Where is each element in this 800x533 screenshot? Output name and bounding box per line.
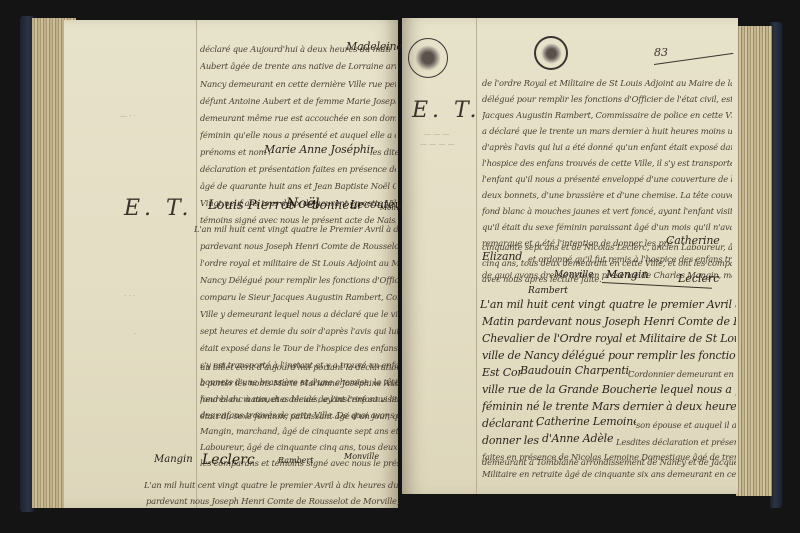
left-page-lower: un billet écrit d'aujourd'hui portant la… xyxy=(64,20,398,508)
text-line: Laboureur, âgé de cinquante cinq ans, to… xyxy=(200,440,398,454)
page-edges-right xyxy=(736,26,772,496)
open-register-book: — · · . . . · E. T. déclaré que Aujourd'… xyxy=(20,14,782,514)
text-line: Mangin, marchand, âgé de cinquante sept … xyxy=(200,424,398,438)
text-line: des enfans trouvés de cette Ville. De qu… xyxy=(200,408,398,422)
text-line: heures du matin, et a décidé de l'inscri… xyxy=(200,392,398,406)
right-page-bottom: demeurant à Tomblaine arrondissement de … xyxy=(402,18,738,494)
text-line: les comparans et témoins signé avec nous… xyxy=(200,456,398,470)
text-line: à porter les noms Marie Marianne Joséphi… xyxy=(200,376,398,390)
text-line: un billet écrit d'aujourd'hui portant la… xyxy=(200,360,398,374)
